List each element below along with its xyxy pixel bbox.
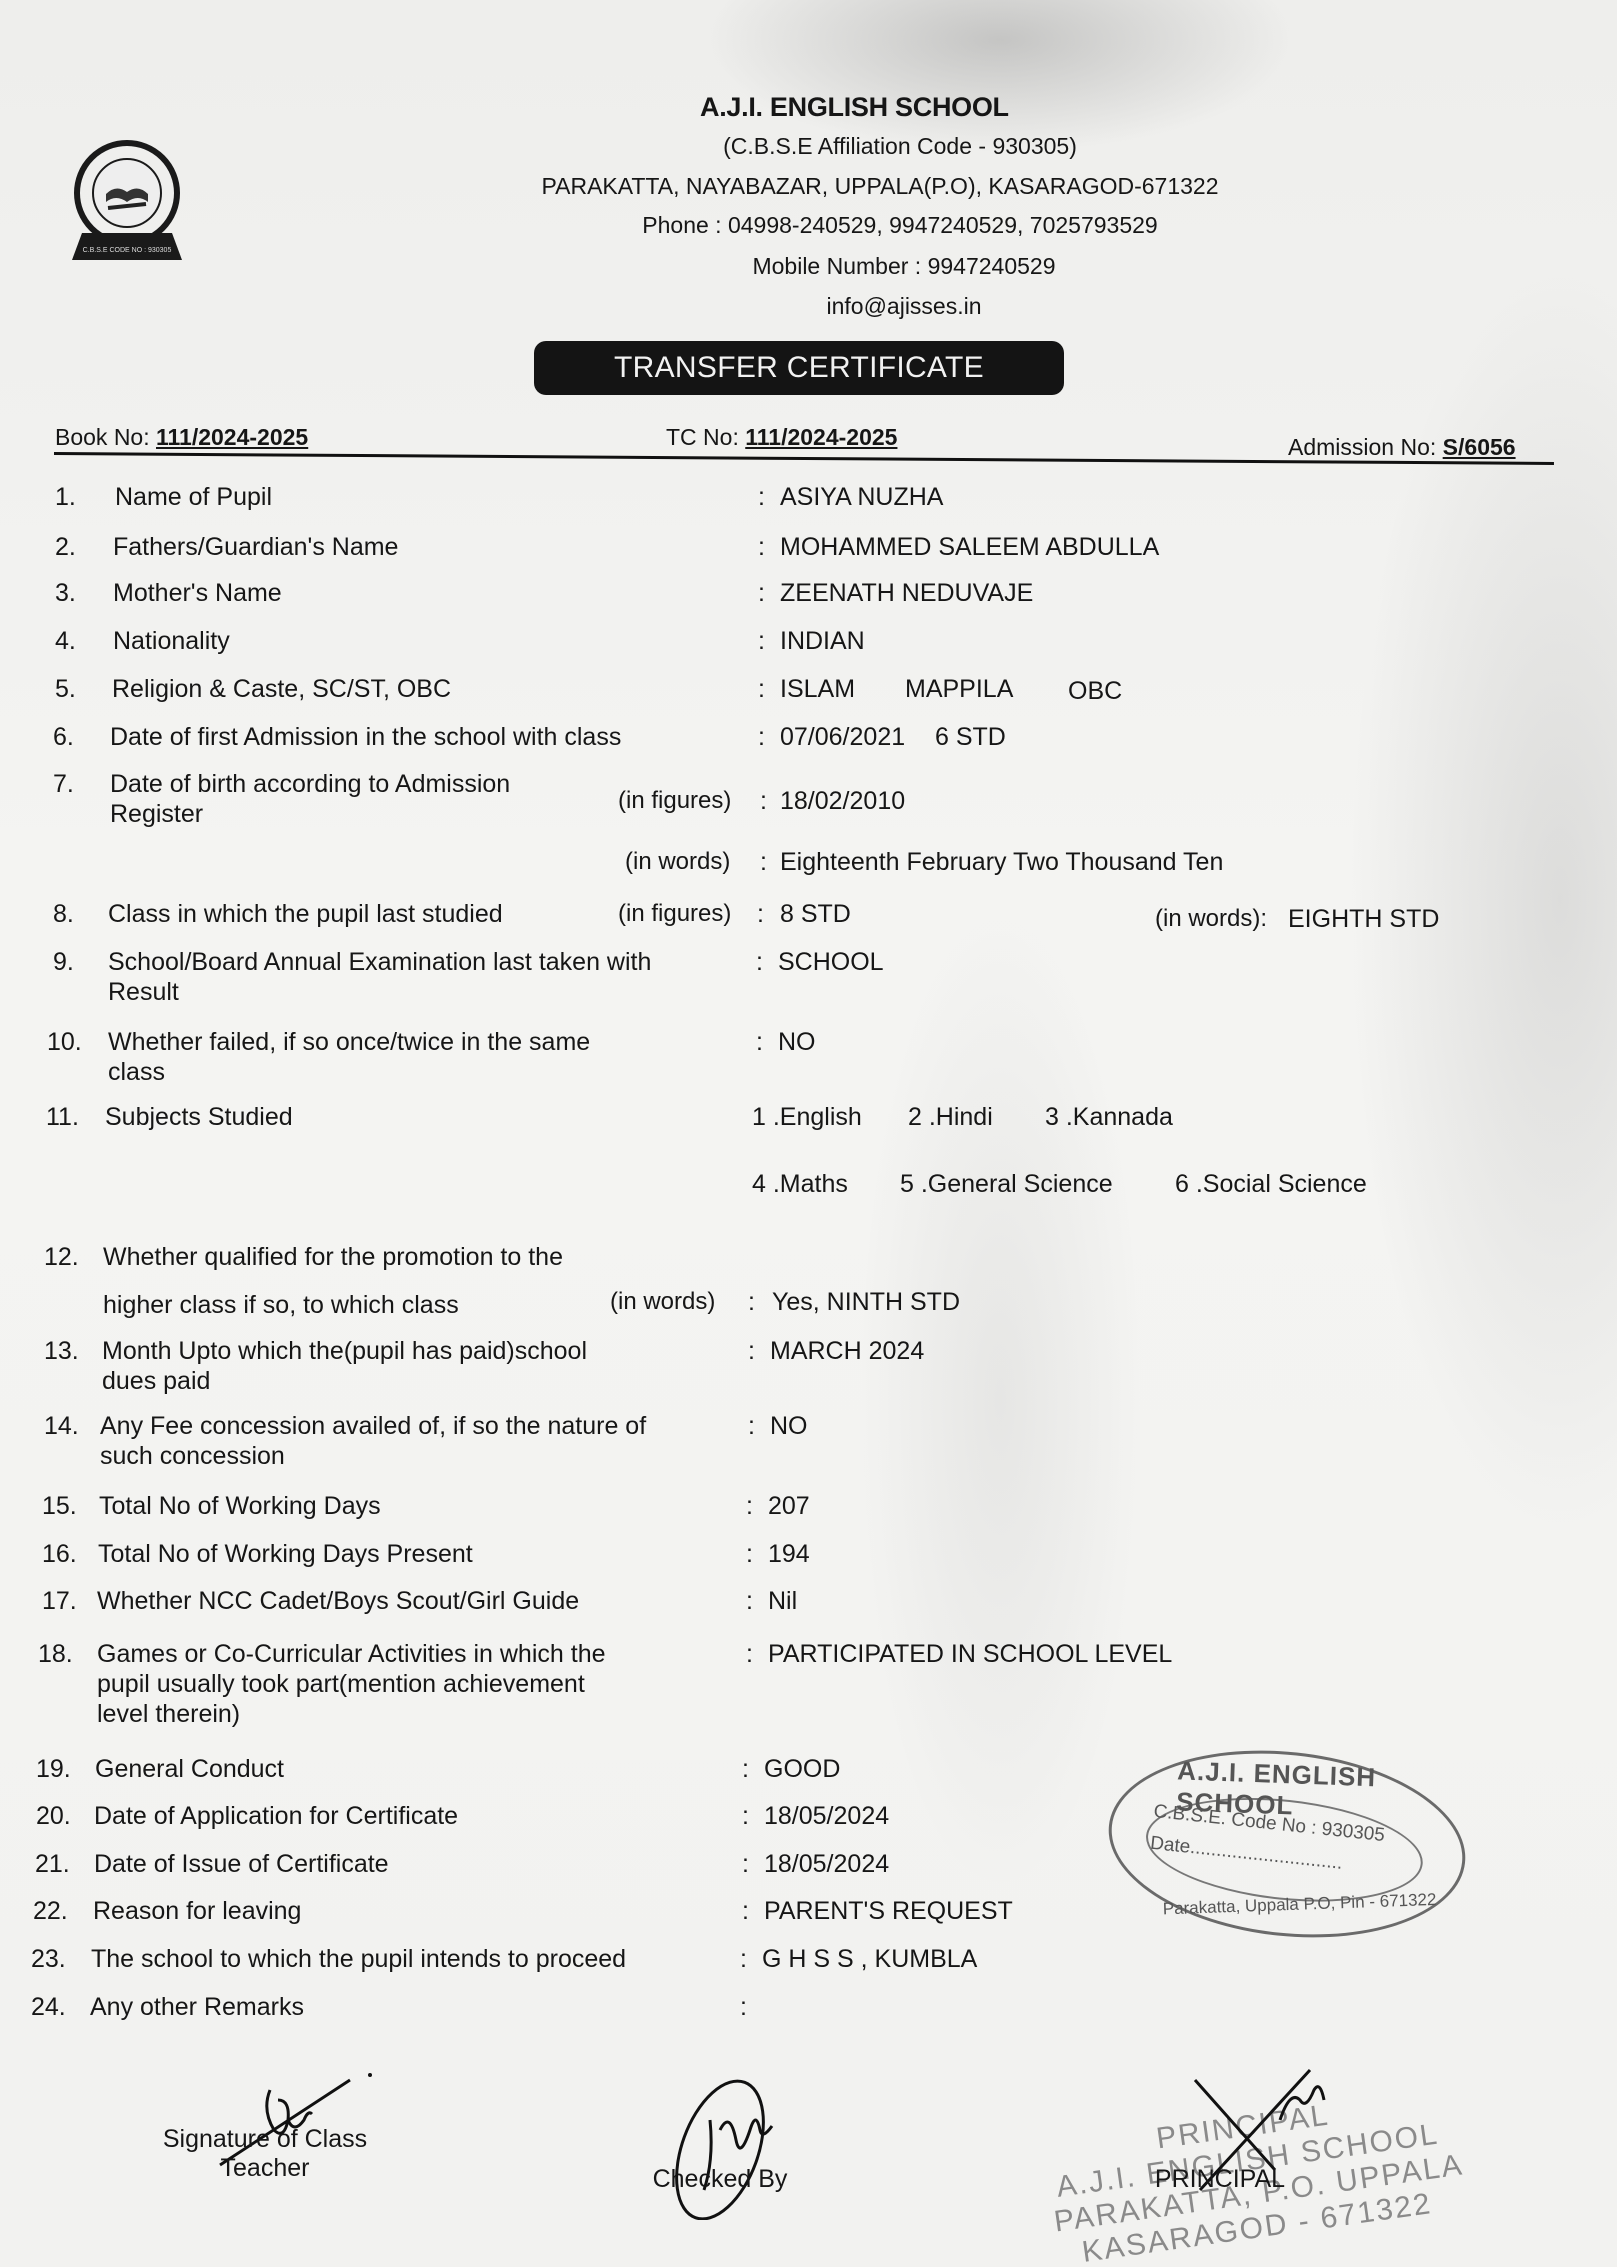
admission-number: Admission No: S/6056: [1288, 434, 1516, 461]
field-colon: :: [758, 483, 765, 512]
field-colon: :: [758, 627, 765, 656]
field-colon: :: [746, 1640, 753, 1669]
field-label: Total No of Working Days: [99, 1490, 381, 1522]
school-email: info@ajisses.in: [404, 293, 1404, 320]
field-colon: :: [756, 948, 763, 977]
field-label: Whether NCC Cadet/Boys Scout/Girl Guide: [97, 1585, 579, 1617]
field-value: SCHOOL: [778, 948, 884, 977]
field-label: Date of birth according to Admission: [110, 768, 510, 800]
field-value: ZEENATH NEDUVAJE: [780, 579, 1033, 608]
field-label: Date of Issue of Certificate: [94, 1848, 389, 1880]
field-label: Any other Remarks: [90, 1991, 304, 2023]
field-colon: :: [748, 1337, 755, 1366]
field-label-line2: pupil usually took part(mention achievem…: [97, 1668, 585, 1700]
field-number: 2.: [55, 533, 76, 562]
field-value: 8 STD: [780, 900, 851, 929]
field-colon: :: [758, 675, 765, 704]
field-colon: :: [742, 1755, 749, 1784]
field-colon: :: [740, 1993, 747, 2022]
field-qualifier-2: (in words):: [1155, 905, 1267, 933]
field-value: 07/06/2021: [780, 723, 905, 752]
seal-bottom-text: Parakatta, Uppala P.O, Pin - 671322: [1162, 1890, 1436, 1920]
field-colon: :: [742, 1850, 749, 1879]
field-colon: :: [756, 1028, 763, 1057]
book-number: Book No: 111/2024-2025: [55, 424, 308, 451]
field-value: ASIYA NUZHA: [780, 483, 943, 512]
field-value-2: EIGHTH STD: [1288, 905, 1439, 934]
field-value: 18/05/2024: [764, 1850, 889, 1879]
field-value-3: OBC: [1068, 677, 1122, 706]
school-address: PARAKATTA, NAYABAZAR, UPPALA(P.O), KASAR…: [380, 173, 1380, 200]
field-label: General Conduct: [95, 1753, 284, 1785]
field-number: 1.: [55, 483, 76, 512]
field-label: Any Fee concession availed of, if so the…: [100, 1410, 646, 1442]
field-label: Religion & Caste, SC/ST, OBC: [112, 673, 451, 705]
field-value: NO: [770, 1412, 808, 1441]
admission-number-value: S/6056: [1443, 434, 1516, 460]
subject-item: 3 .Kannada: [1045, 1103, 1173, 1132]
school-phone: Phone : 04998-240529, 9947240529, 702579…: [400, 212, 1400, 239]
field-label-line2: dues paid: [102, 1365, 210, 1397]
field-qualifier: (in figures): [618, 900, 731, 928]
field-qualifier-2: (in words): [625, 848, 730, 876]
field-value: NO: [778, 1028, 816, 1057]
field-label: Class in which the pupil last studied: [108, 898, 503, 930]
field-colon: :: [758, 579, 765, 608]
field-label: Name of Pupil: [115, 481, 272, 513]
field-number: 12.: [44, 1243, 79, 1272]
principal-label: PRINCIPAL: [1120, 2165, 1320, 2194]
field-label: School/Board Annual Examination last tak…: [108, 946, 651, 978]
field-value: GOOD: [764, 1755, 840, 1784]
field-number: 21.: [35, 1850, 70, 1879]
field-qualifier: (in figures): [618, 787, 731, 815]
field-colon: :: [740, 1945, 747, 1974]
field-colon: :: [760, 848, 767, 877]
field-colon: :: [758, 723, 765, 752]
field-colon: :: [742, 1802, 749, 1831]
field-label: Fathers/Guardian's Name: [113, 531, 398, 563]
class-teacher-label-line1: Signature of Class: [145, 2125, 385, 2154]
field-label: Total No of Working Days Present: [98, 1538, 473, 1570]
field-number: 24.: [31, 1993, 66, 2022]
field-label: Date of Application for Certificate: [94, 1800, 458, 1832]
class-teacher-label-line2: Teacher: [145, 2154, 385, 2183]
field-colon: :: [746, 1540, 753, 1569]
school-name: A.J.I. ENGLISH SCHOOL: [700, 92, 1000, 123]
affiliation-code: (C.B.S.E Affiliation Code - 930305): [400, 133, 1400, 160]
field-number: 16.: [42, 1540, 77, 1569]
field-colon: :: [748, 1288, 755, 1317]
field-value: G H S S , KUMBLA: [762, 1945, 977, 1974]
field-label: Nationality: [113, 625, 230, 657]
field-number: 4.: [55, 627, 76, 656]
field-qualifier: (in words): [610, 1288, 715, 1316]
field-label: Reason for leaving: [93, 1895, 301, 1927]
field-number: 9.: [53, 948, 74, 977]
field-colon: :: [760, 787, 767, 816]
field-number: 14.: [44, 1412, 79, 1441]
field-number: 3.: [55, 579, 76, 608]
subject-item: 5 .General Science: [900, 1170, 1113, 1199]
field-colon: :: [748, 1412, 755, 1441]
field-label-line2: higher class if so, to which class: [103, 1289, 459, 1321]
field-value: 194: [768, 1540, 810, 1569]
certificate-title: TRANSFER CERTIFICATE: [534, 341, 1064, 395]
tc-number: TC No: 111/2024-2025: [666, 424, 897, 451]
subject-item: 2 .Hindi: [908, 1103, 993, 1132]
field-number: 8.: [53, 900, 74, 929]
school-logo-icon: C.B.S.E CODE NO : 930305: [68, 138, 186, 264]
field-value: 18/02/2010: [780, 787, 905, 816]
field-label: Whether qualified for the promotion to t…: [103, 1241, 563, 1273]
field-label: Subjects Studied: [105, 1101, 293, 1133]
field-colon: :: [742, 1897, 749, 1926]
field-colon: :: [746, 1587, 753, 1616]
field-colon: :: [757, 900, 764, 929]
field-label: Mother's Name: [113, 577, 282, 609]
tc-number-value: 111/2024-2025: [745, 424, 897, 450]
field-label: Games or Co-Curricular Activities in whi…: [97, 1638, 606, 1670]
field-value: MARCH 2024: [770, 1337, 924, 1366]
field-number: 10.: [47, 1028, 82, 1057]
field-label: Month Upto which the(pupil has paid)scho…: [102, 1335, 587, 1367]
field-number: 5.: [55, 675, 76, 704]
field-value: PARENT'S REQUEST: [764, 1897, 1013, 1926]
field-number: 7.: [53, 770, 74, 799]
field-value: Nil: [768, 1587, 797, 1616]
field-number: 17.: [42, 1587, 77, 1616]
subject-item: 1 .English: [752, 1103, 862, 1132]
field-value: INDIAN: [780, 627, 865, 656]
field-colon: :: [758, 533, 765, 562]
checked-by-signature-icon: [650, 2070, 810, 2220]
field-colon: :: [746, 1492, 753, 1521]
field-value: 18/05/2024: [764, 1802, 889, 1831]
field-label-line2: Register: [110, 798, 203, 830]
subject-item: 4 .Maths: [752, 1170, 848, 1199]
field-value-2: 6 STD: [935, 723, 1006, 752]
field-number: 13.: [44, 1337, 79, 1366]
admission-number-label: Admission No:: [1288, 434, 1436, 460]
svg-text:C.B.S.E CODE NO : 930305: C.B.S.E CODE NO : 930305: [83, 247, 172, 254]
field-label-line3: level therein): [97, 1698, 240, 1730]
field-number: 20.: [36, 1802, 71, 1831]
field-label-line2: Result: [108, 976, 179, 1008]
field-value: ISLAM: [780, 675, 855, 704]
book-number-label: Book No:: [55, 424, 150, 450]
field-value: 207: [768, 1492, 810, 1521]
field-value: MOHAMMED SALEEM ABDULLA: [780, 533, 1159, 562]
field-number: 15.: [42, 1492, 77, 1521]
tc-number-label: TC No:: [666, 424, 739, 450]
field-number: 18.: [38, 1640, 73, 1669]
field-label-line2: such concession: [100, 1440, 285, 1472]
field-value-2: Eighteenth February Two Thousand Ten: [780, 848, 1223, 877]
class-teacher-label: Signature of Class Teacher: [145, 2125, 385, 2183]
field-value: PARTICIPATED IN SCHOOL LEVEL: [768, 1640, 1172, 1669]
field-label: Whether failed, if so once/twice in the …: [108, 1026, 590, 1058]
checked-by-label: Checked By: [620, 2165, 820, 2194]
field-number: 22.: [33, 1897, 68, 1926]
field-label: Date of first Admission in the school wi…: [110, 721, 621, 753]
field-number: 23.: [31, 1945, 66, 1974]
field-label: The school to which the pupil intends to…: [91, 1943, 626, 1975]
field-label-line2: class: [108, 1056, 165, 1088]
school-mobile: Mobile Number : 9947240529: [404, 253, 1404, 280]
subject-item: 6 .Social Science: [1175, 1170, 1367, 1199]
field-value-2: MAPPILA: [905, 675, 1013, 704]
field-number: 11.: [46, 1103, 79, 1132]
book-number-value: 111/2024-2025: [156, 424, 308, 450]
field-number: 6.: [53, 723, 74, 752]
field-value: Yes, NINTH STD: [772, 1288, 960, 1317]
field-number: 19.: [36, 1755, 71, 1784]
